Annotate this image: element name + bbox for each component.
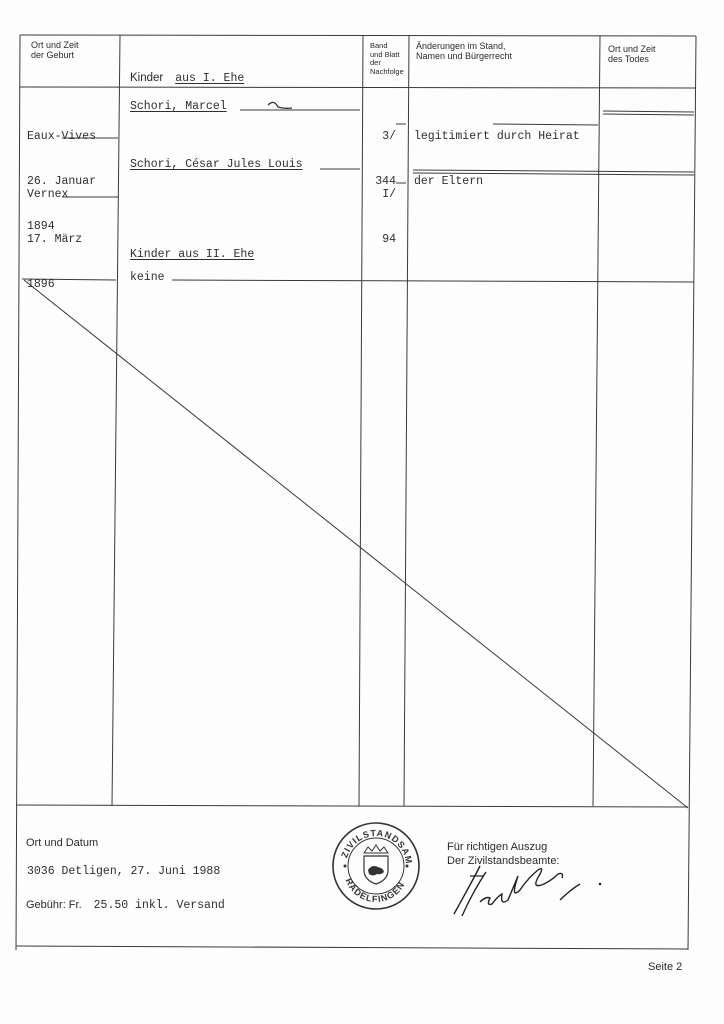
certification-line1: Für richtigen Auszug <box>447 840 560 854</box>
fee-label: Gebühr: Fr. <box>26 899 82 911</box>
second-marriage-heading: Kinder aus II. Ehe <box>130 247 254 262</box>
second-marriage-value: keine <box>130 270 165 285</box>
fee-value: 25.50 inkl. Versand <box>94 899 225 912</box>
header-children-typed: aus I. Ehe <box>175 72 244 85</box>
header-volume: Band und Blatt der Nachfolge <box>370 42 404 76</box>
header-volume-line4: Nachfolge <box>370 68 404 77</box>
place-date-label: Ort und Datum <box>26 837 98 849</box>
header-birth-line2: der Geburt <box>31 50 79 60</box>
fee-line: Gebühr: Fr. 25.50 inkl. Versand <box>26 895 225 913</box>
entry-2-volume-band: I/ <box>372 187 396 202</box>
document-page: Ort und Zeit der Geburt Kinder aus I. Eh… <box>0 0 724 1024</box>
entry-1-name: Schori, Marcel <box>130 99 227 114</box>
entry-1-changes-line1: legitimiert durch Heirat <box>414 129 580 144</box>
header-children: Kinder aus I. Ehe <box>130 68 244 86</box>
entry-1-changes-line2: der Eltern <box>414 174 580 189</box>
entry-2-volume-page: 94 <box>372 232 396 247</box>
svg-text:RADELFINGEN: RADELFINGEN <box>344 877 407 904</box>
header-children-label: Kinder <box>130 72 163 84</box>
entry-2-birth-date: 17. März <box>27 232 82 247</box>
header-birth-line1: Ort und Zeit <box>31 40 79 50</box>
entry-1-volume-band: 3/ <box>372 129 396 144</box>
stamp-top-text: ZIVILSTANDSAMT <box>330 820 414 865</box>
official-stamp-icon: ZIVILSTANDSAMT RADELFINGEN <box>330 820 422 912</box>
signature-icon <box>440 856 610 922</box>
place-date-value: 3036 Detligen, 27. Juni 1988 <box>27 865 220 878</box>
entry-2-name: Schori, César Jules Louis <box>130 157 303 172</box>
header-death: Ort und Zeit des Todes <box>608 44 656 64</box>
entry-2-birth-place: Vernex <box>27 187 82 202</box>
header-birth: Ort und Zeit der Geburt <box>31 40 79 60</box>
entry-2-volume: I/ 94 <box>372 157 396 277</box>
svg-text:ZIVILSTANDSAMT: ZIVILSTANDSAMT <box>330 820 414 865</box>
header-death-line2: des Todes <box>608 54 656 64</box>
entry-2-birth-year: 1896 <box>27 277 82 292</box>
header-changes-line2: Namen und Bürgerrecht <box>416 51 512 61</box>
stamp-bottom-text: RADELFINGEN <box>344 877 407 904</box>
header-changes-line1: Änderungen im Stand, <box>416 41 512 51</box>
page-number: Seite 2 <box>648 961 682 973</box>
header-death-line1: Ort und Zeit <box>608 44 656 54</box>
header-changes: Änderungen im Stand, Namen und Bürgerrec… <box>416 41 512 61</box>
entry-1-changes: legitimiert durch Heirat der Eltern <box>414 99 580 219</box>
entry-2-birth: Vernex 17. März 1896 <box>27 157 82 322</box>
entry-1-birth-place: Eaux-Vives <box>27 129 96 144</box>
